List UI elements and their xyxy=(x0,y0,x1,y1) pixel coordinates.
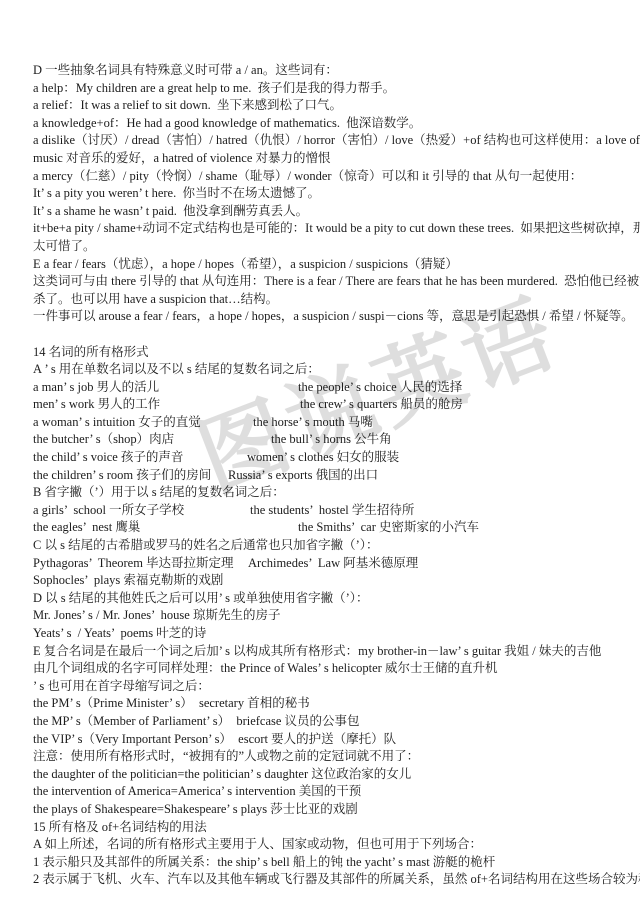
text-col-right: the bull’ s horns 公牛角 xyxy=(271,431,392,449)
text-line: a relief：It was a relief to sit down. 坐下… xyxy=(33,97,616,115)
text-line: A 如上所述，名词的所有格形式主要用于人、国家或动物，但也可用于下列场合： xyxy=(33,836,616,854)
text-line: men’ s work 男人的工作the crew’ s quarters 船员… xyxy=(33,396,616,414)
text-line: the PM’ s（Prime Minister’ s） secretary 首… xyxy=(33,695,616,713)
text-col-left: the eagles’ nest 鹰巢 xyxy=(33,520,140,534)
text-line: the butcher’ s（shop）肉店the bull’ s horns … xyxy=(33,431,616,449)
text-line: the eagles’ nest 鹰巢the Smiths’ car 史密斯家的… xyxy=(33,519,616,537)
text-line: E a fear / fears（忧虑），a hope / hopes（希望），… xyxy=(33,256,616,274)
text-col-left: 1 表示船只及其部件的所属关系：the ship’ s bell 船上的钟 xyxy=(33,855,343,869)
text-line: a man’ s job 男人的活儿the people’ s choice 人… xyxy=(33,379,616,397)
text-col-left: a girls’ school 一所女子学校 xyxy=(33,503,184,517)
text-line: It’ s a shame he wasn’ t paid. 他没拿到酬劳真丢人… xyxy=(33,203,616,221)
text-line: 14 名词的所有格形式 xyxy=(33,344,616,362)
text-line: C 以 s 结尾的古希腊或罗马的姓名之后通常也只加省字撇（’）： xyxy=(33,537,616,555)
text-col-right: , the yacht’ s mast 游艇的桅杆 xyxy=(340,854,495,872)
text-line: a knowledge+of：He had a good knowledge o… xyxy=(33,115,616,133)
text-col-right: the crew’ s quarters 船员的舱房 xyxy=(300,396,463,414)
text-line: a mercy（仁慈）/ pity（怜悯）/ shame（耻辱）/ wonder… xyxy=(33,168,616,186)
document-page: 图说英语 D 一些抽象名词具有特殊意义时可带 a / an。这些词有：a hel… xyxy=(0,0,640,905)
text-col-left: the children’ s room 孩子们的房间 xyxy=(33,468,211,482)
text-col-left: the child’ s voice 孩子的声音 xyxy=(33,450,183,464)
text-line: a woman’ s intuition 女子的直觉the horse’ s m… xyxy=(33,414,616,432)
text-line: the daughter of the politician=the polit… xyxy=(33,766,616,784)
text-line: 这类词可与由 there 引导的 that 从句连用：There is a fe… xyxy=(33,273,616,291)
text-line: the MP’ s（Member of Parliament’ s） brief… xyxy=(33,713,616,731)
text-col-right: the people’ s choice 人民的选择 xyxy=(298,379,462,397)
text-line: 注意：使用所有格形式时，“被拥有的”人或物之前的定冠词就不用了： xyxy=(33,748,616,766)
text-line: ’ s 也可用在首字母缩写词之后： xyxy=(33,678,616,696)
text-col-left: the butcher’ s（shop）肉店 xyxy=(33,432,174,446)
text-line: Yeats’ s / Yeats’ poems 叶芝的诗 xyxy=(33,625,616,643)
text-line: a dislike（讨厌）/ dread（害怕）/ hatred（仇恨）/ ho… xyxy=(33,132,616,150)
text-line: Mr. Jones’ s / Mr. Jones’ house 琼斯先生的房子 xyxy=(33,607,616,625)
text-line: E 复合名词是在最后一个词之后加’ s 以构成其所有格形式：my brother… xyxy=(33,643,616,661)
text-line: D 以 s 结尾的其他姓氏之后可以用’ s 或单独使用省字撇（’）： xyxy=(33,590,616,608)
text-line: the plays of Shakespeare=Shakespeare’ s … xyxy=(33,801,616,819)
text-line: 由几个词组成的名字可同样处理：the Prince of Wales’ s he… xyxy=(33,660,616,678)
text-line: it+be+a pity / shame+动词不定式结构也是可能的：It wou… xyxy=(33,220,616,238)
text-col-right: Russia’ s exports 俄国的出口 xyxy=(228,467,378,485)
document-text: D 一些抽象名词具有特殊意义时可带 a / an。这些词有：a help：My … xyxy=(33,62,616,889)
text-line: 杀了。也可以用 have a suspicion that…结构。 xyxy=(33,291,616,309)
text-line xyxy=(33,326,616,344)
text-col-right: the Smiths’ car 史密斯家的小汽车 xyxy=(298,519,479,537)
text-col-left: a man’ s job 男人的活儿 xyxy=(33,380,159,394)
text-line: the children’ s room 孩子们的房间Russia’ s exp… xyxy=(33,467,616,485)
text-line: 一件事可以 arouse a fear / fears，a hope / hop… xyxy=(33,308,616,326)
text-col-right: women’ s clothes 妇女的服装 xyxy=(247,449,399,467)
text-line: the child’ s voice 孩子的声音women’ s clothes… xyxy=(33,449,616,467)
text-line: 2 表示属于飞机、火车、汽车以及其他车辆或飞行器及其部件的所属关系，虽然 of+… xyxy=(33,871,616,889)
text-line: 太可惜了。 xyxy=(33,238,616,256)
text-line: B 省字撇（’）用于以 s 结尾的复数名词之后： xyxy=(33,484,616,502)
text-line: 15 所有格及 of+名词结构的用法 xyxy=(33,819,616,837)
text-line: D 一些抽象名词具有特殊意义时可带 a / an。这些词有： xyxy=(33,62,616,80)
text-col-right: the students’ hostel 学生招待所 xyxy=(250,502,414,520)
text-line: the VIP’ s（Very Important Person’ s） esc… xyxy=(33,731,616,749)
text-line: A ’ s 用在单数名词以及不以 s 结尾的复数名词之后： xyxy=(33,361,616,379)
text-line: music 对音乐的爱好，a hatred of violence 对暴力的憎恨 xyxy=(33,150,616,168)
text-line: Pythagoras’ Theorem 毕达哥拉斯定理Archimedes’ L… xyxy=(33,555,616,573)
text-line: Sophocles’ plays 索福克勒斯的戏剧 xyxy=(33,572,616,590)
text-col-right: the horse’ s mouth 马嘴 xyxy=(253,414,373,432)
text-line: a help：My children are a great help to m… xyxy=(33,80,616,98)
text-col-left: a woman’ s intuition 女子的直觉 xyxy=(33,415,201,429)
text-col-left: men’ s work 男人的工作 xyxy=(33,397,160,411)
text-line: 1 表示船只及其部件的所属关系：the ship’ s bell 船上的钟, t… xyxy=(33,854,616,872)
text-line: a girls’ school 一所女子学校the students’ host… xyxy=(33,502,616,520)
text-col-right: Archimedes’ Law 阿基米德原理 xyxy=(248,555,418,573)
text-line: It’ s a pity you weren’ t here. 你当时不在场太遗… xyxy=(33,185,616,203)
text-line: the intervention of America=America’ s i… xyxy=(33,783,616,801)
text-col-left: Pythagoras’ Theorem 毕达哥拉斯定理 xyxy=(33,556,234,570)
